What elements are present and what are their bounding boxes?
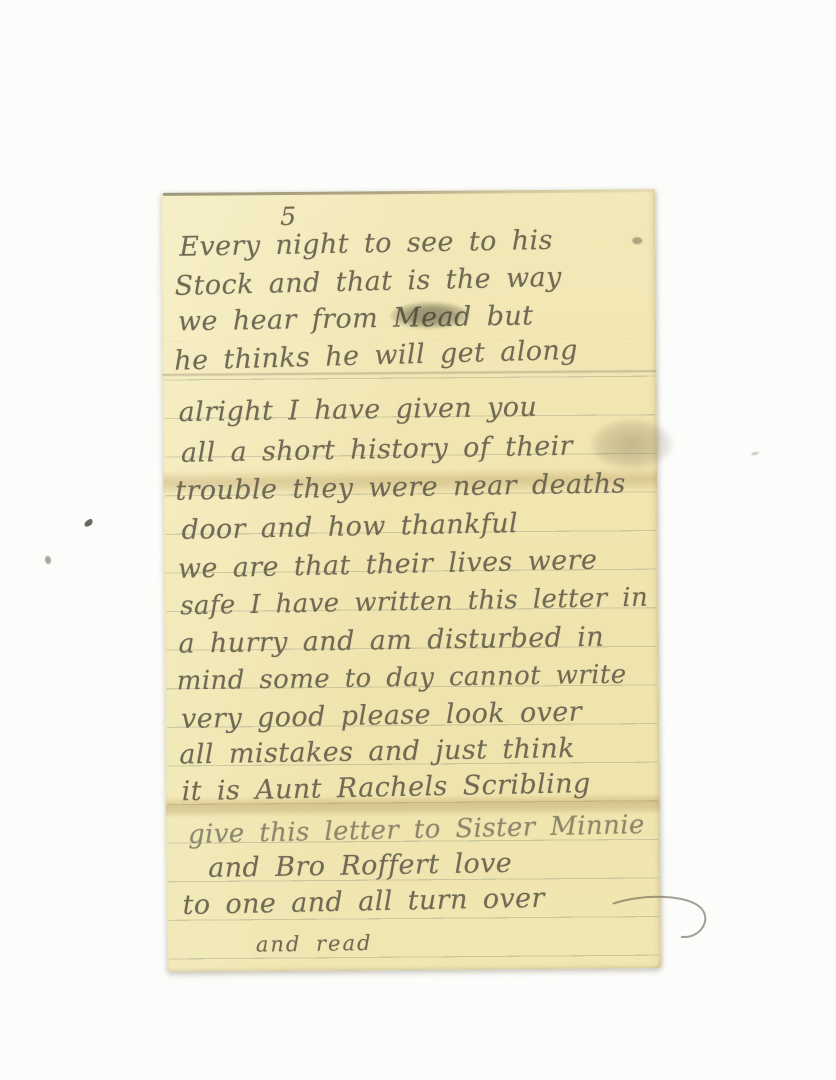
- handwritten-line: door and how thankful: [181, 508, 518, 546]
- handwritten-line: we are that their lives were: [178, 545, 598, 585]
- letter-page: 5 Every night to see to his Stock and th…: [161, 189, 661, 972]
- handwritten-line: we hear from Mead but: [178, 300, 534, 337]
- handwritten-line: trouble they were near deaths: [175, 468, 626, 506]
- handwritten-line: safe I have written this letter in: [180, 583, 648, 622]
- scanner-background: 5 Every night to see to his Stock and th…: [0, 0, 836, 1080]
- handwritten-line: and Bro Roffert love: [208, 848, 512, 884]
- page-top-edge: [163, 189, 651, 196]
- pencil-mark: [632, 237, 642, 244]
- pen-flourish: [611, 891, 721, 950]
- page-number: 5: [280, 202, 296, 231]
- handwritten-line: alright I have given you: [178, 392, 537, 428]
- handwritten-line: to one and all turn over: [182, 883, 545, 921]
- smudge: [591, 419, 673, 470]
- handwritten-line: all mistakes and just think: [179, 733, 575, 771]
- handwritten-line: Stock and that is the way: [174, 262, 562, 302]
- scan-speck: [751, 451, 759, 456]
- handwritten-line: Every night to see to his: [179, 225, 553, 263]
- scan-speck: [83, 518, 94, 527]
- handwritten-postscript: and read: [256, 931, 373, 957]
- handwritten-line: give this letter to Sister Minnie: [188, 810, 645, 850]
- handwritten-line: a hurry and am disturbed in: [178, 622, 604, 660]
- handwritten-line: all a short history of their: [181, 431, 574, 469]
- handwritten-line: very good please look over: [181, 697, 582, 735]
- handwritten-line: mind some to day cannot write: [177, 660, 627, 697]
- scan-speck: [45, 556, 51, 564]
- handwritten-line: it is Aunt Rachels Scribling: [181, 768, 591, 807]
